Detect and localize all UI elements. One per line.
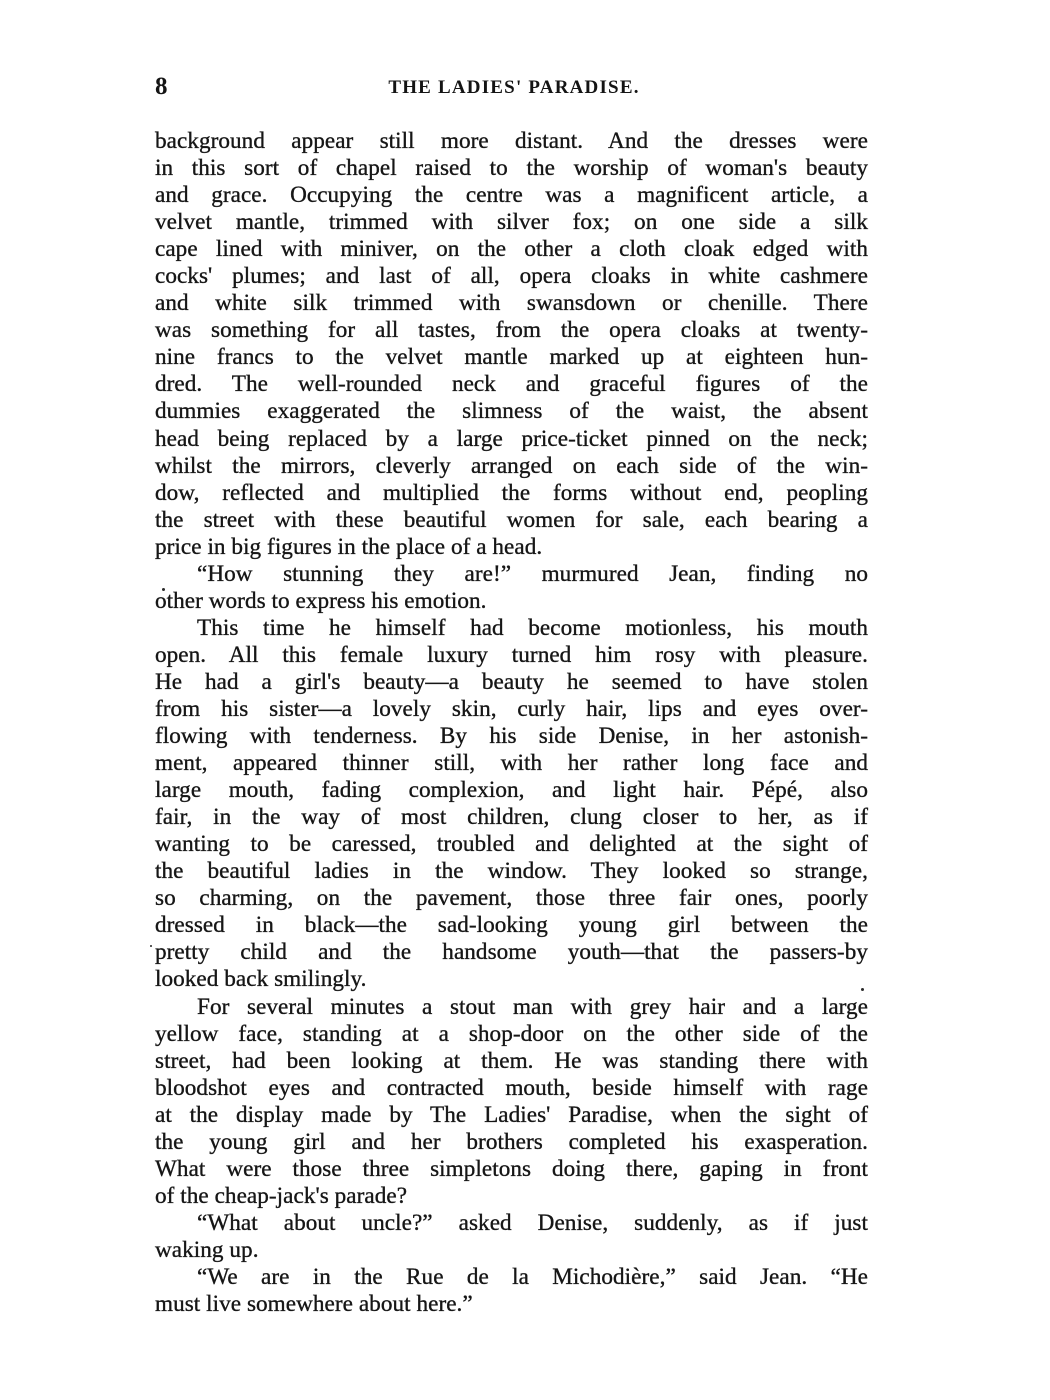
text-line: was something for all tastes, from the o… bbox=[155, 317, 868, 344]
scan-speck bbox=[861, 988, 864, 991]
text-line: dred. The well-rounded neck and graceful… bbox=[155, 371, 868, 398]
body-text: background appear still more distant. An… bbox=[155, 128, 868, 1318]
text-line: head being replaced by a large price-tic… bbox=[155, 426, 868, 453]
text-line: other words to express his emotion. bbox=[155, 588, 868, 615]
text-line: whilst the mirrors, cleverly arranged on… bbox=[155, 453, 868, 480]
text-line: dow, reflected and multiplied the forms … bbox=[155, 480, 868, 507]
text-line: price in big figures in the place of a h… bbox=[155, 534, 868, 561]
text-line: background appear still more distant. An… bbox=[155, 128, 868, 155]
text-line: “How stunning they are!” murmured Jean, … bbox=[155, 561, 868, 588]
text-line: must live somewhere about here.” bbox=[155, 1291, 868, 1318]
text-line: the street with these beautiful women fo… bbox=[155, 507, 868, 534]
scan-speck bbox=[162, 588, 165, 591]
text-line: cocks' plumes; and last of all, opera cl… bbox=[155, 263, 868, 290]
text-line: yellow face, standing at a shop-door on … bbox=[155, 1021, 868, 1048]
text-line: in this sort of chapel raised to the wor… bbox=[155, 155, 868, 182]
text-line: at the display made by The Ladies' Parad… bbox=[155, 1102, 868, 1129]
text-line: from his sister—a lovely skin, curly hai… bbox=[155, 696, 868, 723]
text-line: cape lined with miniver, on the other a … bbox=[155, 236, 868, 263]
running-title: THE LADIES' PARADISE. bbox=[153, 74, 869, 102]
text-line: bloodshot eyes and contracted mouth, bes… bbox=[155, 1075, 868, 1102]
text-line: open. All this female luxury turned him … bbox=[155, 642, 868, 669]
text-line: of the cheap-jack's parade? bbox=[155, 1183, 868, 1210]
text-line: He had a girl's beauty—a beauty he seeme… bbox=[155, 669, 868, 696]
text-line: street, had been looking at them. He was… bbox=[155, 1048, 868, 1075]
text-line: wanting to be caressed, troubled and del… bbox=[155, 831, 868, 858]
text-line: so charming, on the pavement, those thre… bbox=[155, 885, 868, 912]
book-page: 8 THE LADIES' PARADISE. background appea… bbox=[0, 0, 1050, 1400]
text-line: and grace. Occupying the centre was a ma… bbox=[155, 182, 868, 209]
text-line: For several minutes a stout man with gre… bbox=[155, 994, 868, 1021]
text-line: and white silk trimmed with swansdown or… bbox=[155, 290, 868, 317]
text-line: What were those three simpletons doing t… bbox=[155, 1156, 868, 1183]
text-line: looked back smilingly. bbox=[155, 966, 868, 993]
scan-speck bbox=[150, 945, 152, 947]
text-line: This time he himself had become motionle… bbox=[155, 615, 868, 642]
text-line: “What about uncle?” asked Denise, sudden… bbox=[155, 1210, 868, 1237]
text-line: waking up. bbox=[155, 1237, 868, 1264]
text-line: large mouth, fading complexion, and ligh… bbox=[155, 777, 868, 804]
text-line: nine francs to the velvet mantle marked … bbox=[155, 344, 868, 371]
text-line: the young girl and her brothers complete… bbox=[155, 1129, 868, 1156]
text-line: fair, in the way of most children, clung… bbox=[155, 804, 868, 831]
text-line: flowing with tenderness. By his side Den… bbox=[155, 723, 868, 750]
text-line: “We are in the Rue de la Michodière,” sa… bbox=[155, 1264, 868, 1291]
text-line: ment, appeared thinner still, with her r… bbox=[155, 750, 868, 777]
running-head: 8 THE LADIES' PARADISE. bbox=[153, 72, 869, 102]
text-line: dressed in black—the sad-looking young g… bbox=[155, 912, 868, 939]
text-line: the beautiful ladies in the window. They… bbox=[155, 858, 868, 885]
text-line: dummies exaggerated the slimness of the … bbox=[155, 398, 868, 425]
text-line: velvet mantle, trimmed with silver fox; … bbox=[155, 209, 868, 236]
text-line: pretty child and the handsome youth—that… bbox=[155, 939, 868, 966]
